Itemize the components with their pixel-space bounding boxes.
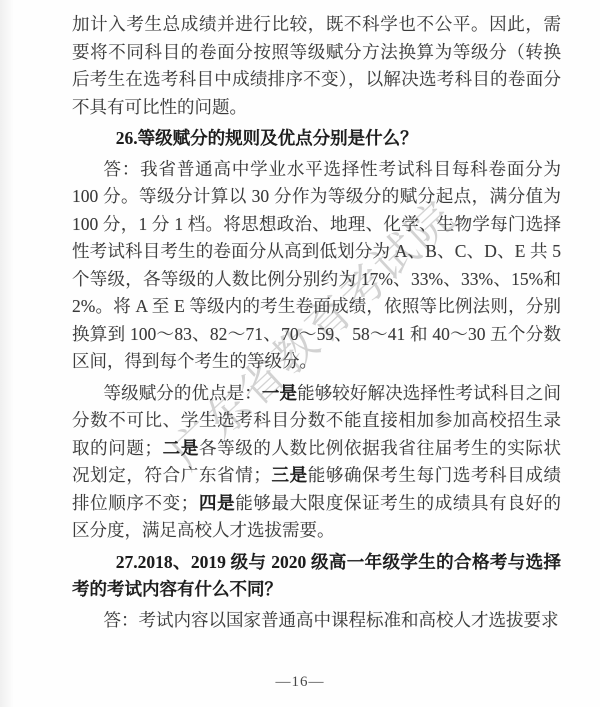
text-run: 答：我省普通高中学业水平选择性考试科目每科卷面分为 100 分。等级分计算以 3… [72,159,561,372]
text-run: 答：考试内容以国家普通高中课程标准和高校人才选拔要求 [104,610,559,630]
question-heading: 27.2018、2019 级与 2020 级高一年级学生的合格考与选择考的考试内… [72,549,561,604]
paragraph: 加计入考生总成绩并进行比较，既不科学也不公平。因此，需要将不同科目的卷面分按照等… [72,11,561,121]
bold-text-run: 一是 [262,383,297,403]
bold-text-run: 四是 [198,493,235,513]
paragraph: 答：考试内容以国家普通高中课程标准和高校人才选拔要求 [72,607,561,635]
bold-text-run: 二是 [162,438,199,458]
bold-text-run: 27.2018、2019 级与 2020 级高一年级学生的合格考与选择考的考试内… [72,552,561,600]
bold-text-run: 三是 [271,465,308,485]
paragraph: 等级赋分的优点是：一是能够较好解决选择性考试科目之间分数不可比、学生选考科目分数… [72,380,561,545]
page-number: —16— [0,674,600,691]
bold-text-run: 26.等级赋分的规则及优点分别是什么？ [116,128,418,148]
text-run: 加计入考生总成绩并进行比较，既不科学也不公平。因此，需要将不同科目的卷面分按照等… [72,14,561,117]
text-run: 等级赋分的优点是： [104,383,262,403]
document-page: 广东省教育考试院 加计入考生总成绩并进行比较，既不科学也不公平。因此，需要将不同… [0,0,600,707]
document-body: 加计入考生总成绩并进行比较，既不科学也不公平。因此，需要将不同科目的卷面分按照等… [72,11,561,638]
paragraph: 答：我省普通高中学业水平选择性考试科目每科卷面分为 100 分。等级分计算以 3… [72,156,561,376]
question-heading: 26.等级赋分的规则及优点分别是什么？ [72,125,561,153]
